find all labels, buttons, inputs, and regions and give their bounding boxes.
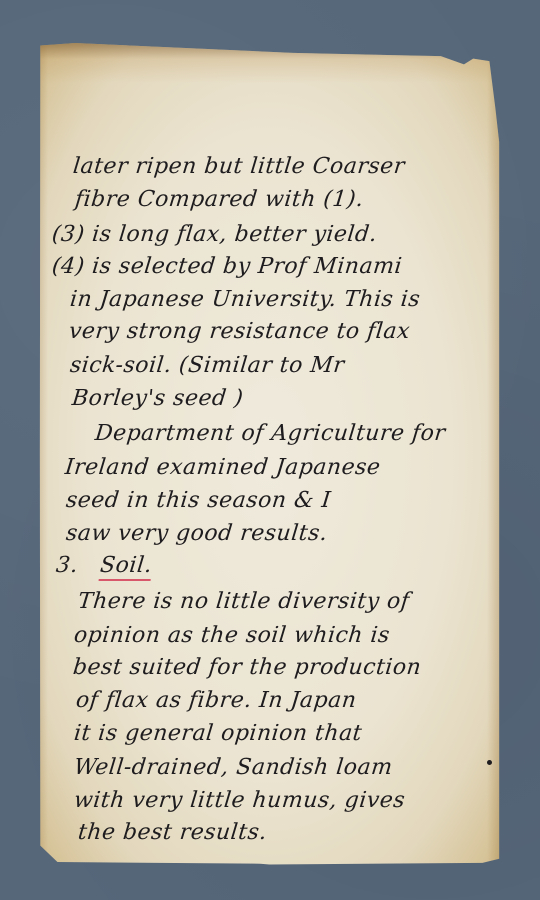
text-line: fibre Compared with (1).	[74, 187, 365, 212]
text-line: opinion as the soil which is	[73, 623, 391, 648]
text-line: it is general opinion that	[73, 721, 364, 746]
text-line: of flax as fibre. In Japan	[75, 688, 358, 713]
text-line: Borley's seed )	[71, 386, 245, 411]
text-line: saw very good results.	[65, 521, 329, 546]
section-number: 3.	[55, 553, 80, 578]
text-line: (4) is selected by Prof Minami	[51, 254, 404, 279]
text-line: best suited for the production	[72, 655, 423, 680]
text-line: in Japanese University. This is	[69, 287, 422, 312]
text-line: with very little humus, gives	[73, 788, 407, 813]
handwritten-page: later ripen but little Coarser fibre Com…	[38, 43, 501, 867]
text-line: Ireland examined Japanese	[64, 455, 382, 480]
text-line: sick-soil. (Similar to Mr	[69, 353, 346, 378]
text-line: Department of Agriculture for	[94, 421, 447, 446]
handwritten-text: later ripen but little Coarser fibre Com…	[38, 43, 501, 867]
text-line: very strong resistance to flax	[68, 319, 412, 344]
text-line: There is no little diversity of	[77, 589, 411, 614]
text-line: the best results.	[77, 820, 269, 845]
text-line: (3) is long flax, better yield.	[51, 222, 379, 247]
text-line: later ripen but little Coarser	[72, 154, 406, 179]
section-heading-soil: Soil.	[99, 553, 154, 581]
text-line: seed in this season & I	[65, 488, 332, 513]
ink-spot	[487, 760, 492, 765]
text-line: Well-drained, Sandish loam	[73, 755, 394, 780]
